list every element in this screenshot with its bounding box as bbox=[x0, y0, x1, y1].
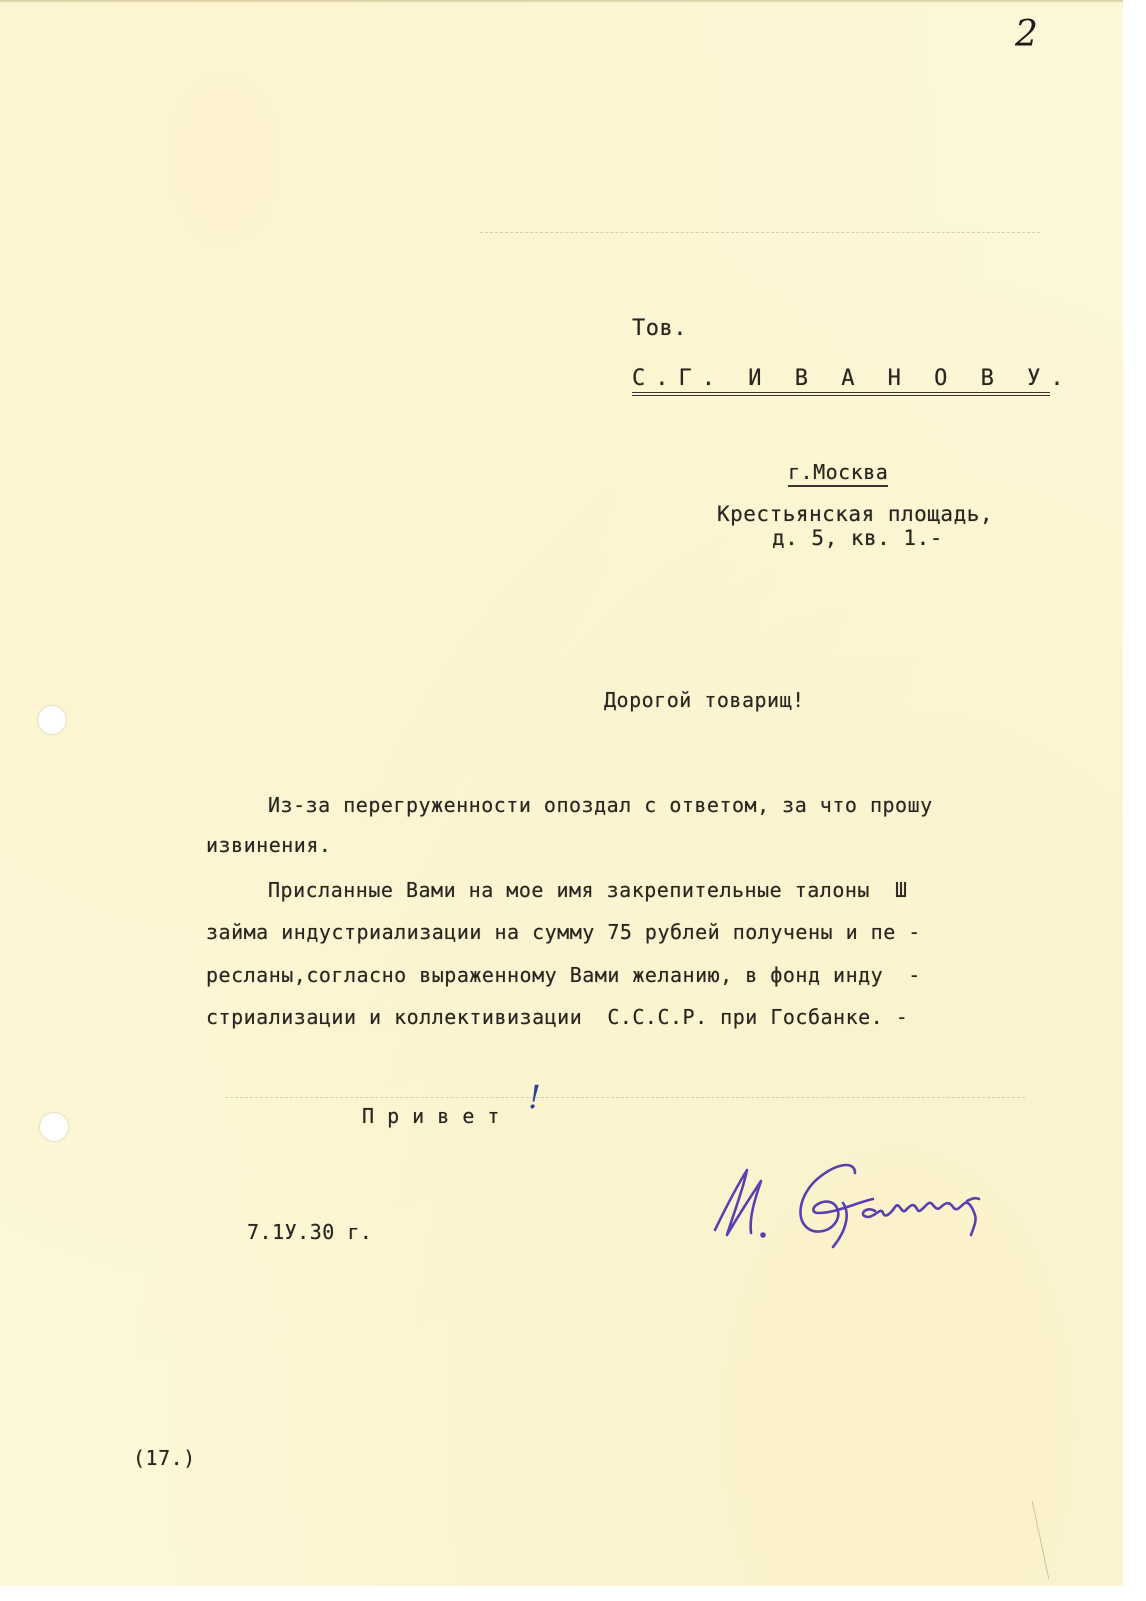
recipient-name: С.Г. И В А Н О В У bbox=[632, 366, 1050, 396]
recipient-line: Тов. С.Г. И В А Н О В У. bbox=[577, 291, 1064, 416]
page-edge-shadow bbox=[0, 0, 1123, 3]
recipient-suffix: . bbox=[1050, 366, 1064, 391]
address-line-2: д. 5, кв. 1.- bbox=[772, 526, 943, 550]
fold-line-bottom bbox=[225, 1097, 1025, 1098]
fold-line-top bbox=[480, 232, 1040, 233]
salutation: Дорогой товарищ! bbox=[604, 688, 805, 712]
body-paragraph-2-line-3: ресланы,согласно выраженному Вами желани… bbox=[206, 963, 921, 987]
punch-hole-lower bbox=[40, 1113, 68, 1141]
address-line-1: Крестьянская площадь, bbox=[717, 502, 993, 526]
closing-exclamation-pen-mark: ! bbox=[528, 1078, 541, 1116]
address-city: г.Москва bbox=[788, 460, 888, 487]
body-paragraph-2-line-4: стриализации и коллективизации С.С.С.Р. … bbox=[206, 1005, 908, 1029]
body-paragraph-1-line-2: извинения. bbox=[206, 833, 331, 857]
recipient-prefix: Тов. bbox=[632, 316, 687, 341]
punch-hole-upper bbox=[38, 706, 66, 734]
body-paragraph-2-line-1: Присланные Вами на мое имя закрепительны… bbox=[268, 878, 908, 902]
body-paragraph-1-line-1: Из-за перегруженности опоздал с ответом,… bbox=[268, 793, 933, 817]
handwritten-page-number: 2 bbox=[1015, 14, 1038, 55]
footer-document-number: (17.) bbox=[133, 1446, 196, 1470]
signature-scribble bbox=[705, 1155, 995, 1250]
letter-date: 7.1У.30 г. bbox=[247, 1220, 372, 1244]
document-page: 2 Тов. С.Г. И В А Н О В У. г.Москва Крес… bbox=[0, 0, 1123, 1586]
body-paragraph-2-line-2: займа индустриализации на сумму 75 рубле… bbox=[206, 920, 921, 944]
paper-scratch bbox=[1032, 1501, 1050, 1579]
closing-greeting: П р и в е т bbox=[362, 1104, 500, 1128]
